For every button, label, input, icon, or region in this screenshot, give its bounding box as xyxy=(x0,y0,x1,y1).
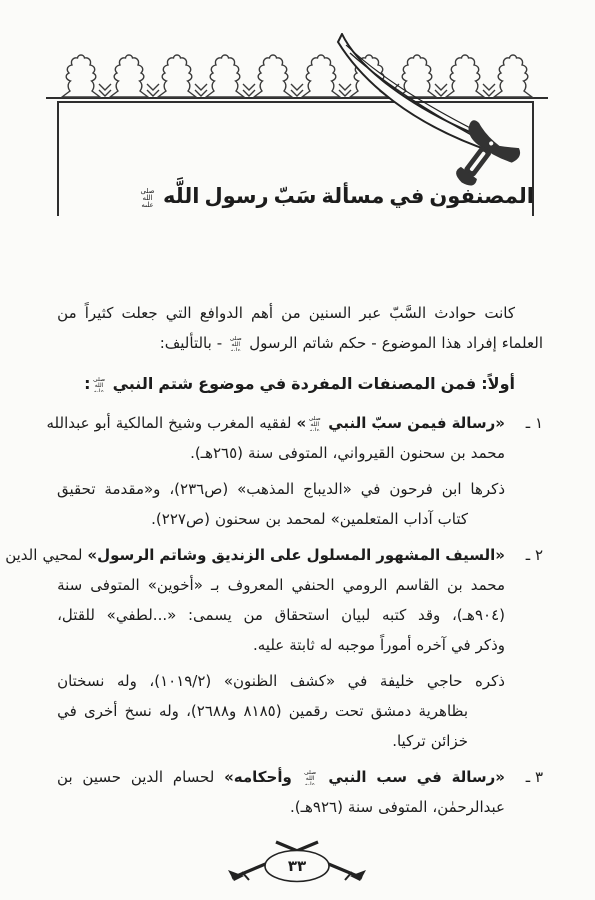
text-line: العلماءإفرادهذاالموضوع-حكمشاتمالرسولصلى … xyxy=(57,328,543,358)
pbuh-ligature: صلى الله عليه وسلم xyxy=(91,377,108,392)
sword-illustration-icon xyxy=(336,33,556,193)
pbuh-ligature: صلى الله عليه وسلم xyxy=(227,336,244,351)
text-line: محمدبنالقاسمالروميالحنفيالمعروفبـ«أخوين»… xyxy=(57,570,505,600)
text-line: أولاً:فمنالمصنفاتالمفردةفيموضوعشتمالنبيص… xyxy=(57,368,543,398)
reference-note: ذكرهحاجيخليفةفي«كشفالظنون»(١٠١٩/٢)،ولهنس… xyxy=(57,666,543,756)
list-item: ٢ ـ«السيفالمشهورالمسلولعلىالزنديقوشاتمال… xyxy=(57,540,543,660)
section-heading: أولاً:فمنالمصنفاتالمفردةفيموضوعشتمالنبيص… xyxy=(57,368,543,398)
list-item-number: ١ ـ xyxy=(526,408,543,438)
text-line: وذكرفيآخرهأموراًموجبهلهثابتةعليه. xyxy=(57,630,505,660)
text-line: (٩٠٤هـ)،وقدكتبهلبياناستحقاقمنيسمى:«...لط… xyxy=(57,600,505,630)
list-item: ١ ـ«رسالةفيمنسبّالنبيصلى الله عليه وسلم»… xyxy=(57,408,543,468)
body-text: كانتحوادثالسَّبّعبرالسنينمنأهمالدوافعالت… xyxy=(57,298,543,828)
text-line: محمدبنسحنونالقيرواني،المتوفىسنة(٢٦٥هـ). xyxy=(57,438,505,468)
text-line: عبدالرحمٰن،المتوفىسنة(٩٢٦هـ). xyxy=(57,792,505,822)
text-line: «رسالةفيمنسبّالنبيصلى الله عليه وسلم»لفق… xyxy=(57,408,505,438)
text-line: خزائنتركيا. xyxy=(57,726,543,756)
reference-note: ذكرهاابنفرحونفي«الديباجالمذهب»(ص٢٣٦)،و«م… xyxy=(57,474,543,534)
text-line: كتابآدابالمتعلمين»لمحمدبنسحنون(ص٢٢٧). xyxy=(57,504,543,534)
page-number: ٣٣ xyxy=(222,836,372,884)
book-page: المصنفونفيمسألةسَبّرسولاللَّهصلى الله عل… xyxy=(0,0,595,900)
page-number-emblem: ٣٣ xyxy=(222,836,372,884)
text-line: كانتحوادثالسَّبّعبرالسنينمنأهمالدوافعالت… xyxy=(57,298,543,328)
text-line: «السيفالمشهورالمسلولعلىالزنديقوشاتمالرسو… xyxy=(57,540,505,570)
list-item: ٣ ـ«رسالةفيسبالنبيصلى الله عليه وسلموأحك… xyxy=(57,762,543,822)
pbuh-ligature: صلى الله عليه وسلم xyxy=(306,416,323,431)
list-item-number: ٣ ـ xyxy=(526,762,543,792)
text-line: «رسالةفيسبالنبيصلى الله عليه وسلموأحكامه… xyxy=(57,762,505,792)
paragraph: كانتحوادثالسَّبّعبرالسنينمنأهمالدوافعالت… xyxy=(57,298,543,358)
list-item-number: ٢ ـ xyxy=(526,540,543,570)
pbuh-ligature: صلى الله عليه وسلم xyxy=(137,188,158,207)
pbuh-ligature: صلى الله عليه وسلم xyxy=(302,770,319,785)
text-line: ذكرهاابنفرحونفي«الديباجالمذهب»(ص٢٣٦)،و«م… xyxy=(57,474,543,504)
text-line: ذكرهحاجيخليفةفي«كشفالظنون»(١٠١٩/٢)،ولهنس… xyxy=(57,666,543,696)
text-line: بظاهريةدمشقتحترقمين(٨١٨٥و٢٦٨٨)،ولهنسخأخر… xyxy=(57,696,543,726)
